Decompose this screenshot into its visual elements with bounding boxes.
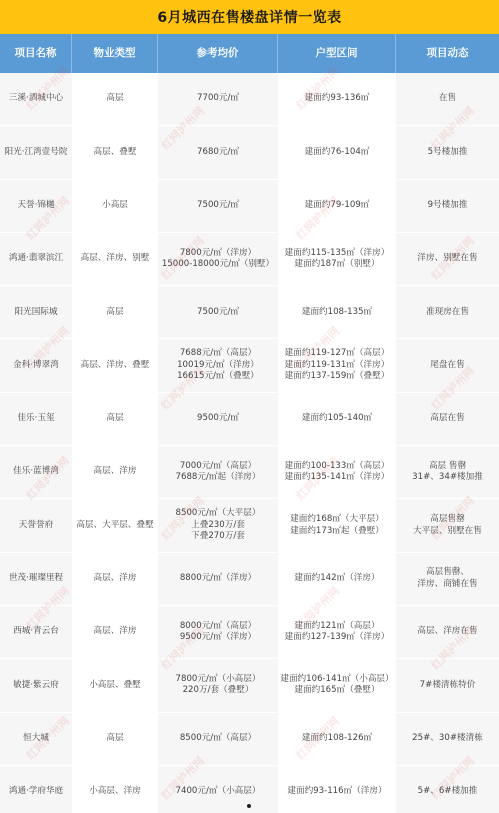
cell-reference-price-line: 8500元/㎡（高层） [180, 733, 256, 745]
table-row: 天誉誉府高层、大平层、叠墅8500元/㎡（大平层）上叠230万/套下叠270万/… [0, 499, 499, 552]
table-row: 佳乐·蓝博湾高层、洋房7000元/㎡（高层）7688元/㎡起（洋房）建面约100… [0, 446, 499, 499]
cell-property-type-line: 高层、洋房 [94, 573, 137, 585]
cell-project-status-line: 洋房、商铺在售 [417, 579, 477, 591]
table-row: 三溪·酒城中心高层7700元/㎡建面约93-136㎡在售 [0, 73, 499, 126]
cell-project-name: 阳光国际城 [0, 286, 72, 338]
cell-reference-price: 7688元/㎡（高层）10019元/㎡（洋房）16615元/㎡（叠墅） [158, 339, 278, 391]
table-body: 三溪·酒城中心高层7700元/㎡建面约93-136㎡在售阳光·江湾壹号院高层、叠… [0, 73, 499, 813]
table-row: 佳乐·玉玺高层9500元/㎡建面约105-140㎡高层在售 [0, 393, 499, 446]
cell-property-type: 高层、洋房 [72, 606, 158, 658]
table-row: 敏捷·紫云府小高层、叠墅7800元/㎡（小高层）220万/套（叠墅）建面约106… [0, 659, 499, 712]
cell-project-status: 高层售罄大平层、别墅在售 [396, 499, 499, 551]
cell-property-type-line: 高层、洋房、别墅 [81, 253, 150, 265]
cell-project-status: 5号楼加推 [396, 126, 499, 178]
cell-project-status-line: 高层、洋房在售 [417, 626, 477, 638]
cell-reference-price: 7000元/㎡（高层）7688元/㎡起（洋房） [158, 446, 278, 498]
cell-project-status-line: 5#、6#楼加推 [418, 786, 478, 798]
cell-project-status-line: 25#、30#楼清栋 [412, 733, 483, 745]
cell-property-type-line: 高层、叠墅 [94, 147, 137, 159]
cell-project-status-line: 9号楼加推 [428, 200, 468, 212]
cell-project-status: 25#、30#楼清栋 [396, 713, 499, 765]
table-row: 世茂·璀璨里程高层、洋房8800元/㎡（洋房）建面约142㎡（洋房）高层售罄、洋… [0, 553, 499, 606]
cell-reference-price-line: 7500元/㎡ [197, 200, 239, 212]
cell-project-name: 天誉誉府 [0, 499, 72, 551]
cell-project-status: 洋房、别墅在售 [396, 233, 499, 285]
cell-property-type: 高层 [72, 713, 158, 765]
cell-unit-area-line: 建面约93-116㎡（洋房） [287, 786, 386, 798]
cell-project-name: 天誉·锦樾 [0, 180, 72, 232]
cell-project-status: 高层售罄、洋房、商铺在售 [396, 553, 499, 605]
cell-reference-price-line: 上叠230万/套 [191, 520, 245, 532]
cell-reference-price-line: 8800元/㎡（洋房） [180, 573, 256, 585]
cell-unit-area-line: 建面约127-139㎡（洋房） [285, 632, 390, 644]
cell-reference-price-line: 15000-18000元/㎡（别墅） [162, 259, 274, 271]
cell-project-status-line: 高层售罄、 [426, 567, 469, 579]
cell-property-type: 高层、洋房 [72, 553, 158, 605]
cell-property-type-line: 高层 [106, 307, 123, 319]
cell-project-name: 鸿通·翡翠滨江 [0, 233, 72, 285]
cell-reference-price: 7700元/㎡ [158, 73, 278, 125]
cell-reference-price-line: 220万/套（叠墅） [183, 685, 254, 697]
cell-unit-area: 建面约115-135㎡（洋房）建面约187㎡（别墅） [278, 233, 396, 285]
cell-unit-area-line: 建面约187㎡（别墅） [294, 259, 379, 271]
header-project-name: 项目名称 [0, 34, 72, 73]
cell-project-name: 世茂·璀璨里程 [0, 553, 72, 605]
cell-unit-area: 建面约119-127㎡（高层）建面约119-131㎡（洋房）建面约137-159… [278, 339, 396, 391]
cell-reference-price-line: 8000元/㎡（高层） [180, 621, 256, 633]
cell-property-type-line: 小高层、洋房 [89, 786, 141, 798]
page-indicator-dot [247, 804, 251, 808]
cell-property-type: 高层 [72, 286, 158, 338]
cell-property-type: 高层、叠墅 [72, 126, 158, 178]
cell-unit-area: 建面约142㎡（洋房） [278, 553, 396, 605]
cell-unit-area-line: 建面约119-131㎡（洋房） [285, 360, 390, 372]
cell-unit-area-line: 建面约93-136㎡ [305, 93, 370, 105]
cell-reference-price-line: 7500元/㎡ [197, 307, 239, 319]
cell-project-name: 西城·青云台 [0, 606, 72, 658]
cell-reference-price-line: 10019元/㎡（洋房） [177, 360, 259, 372]
cell-reference-price-line: 16615元/㎡（叠墅） [177, 371, 259, 383]
cell-unit-area-line: 建面约115-135㎡（洋房） [285, 248, 390, 260]
cell-project-status: 高层、洋房在售 [396, 606, 499, 658]
cell-property-type: 小高层、叠墅 [72, 659, 158, 711]
cell-project-name: 敏捷·紫云府 [0, 659, 72, 711]
cell-unit-area: 建面约106-141㎡（小高层）建面约165㎡（叠墅） [278, 659, 396, 711]
cell-project-name: 佳乐·蓝博湾 [0, 446, 72, 498]
cell-project-name: 三溪·酒城中心 [0, 73, 72, 125]
table-row: 金科·博翠湾高层、洋房、叠墅7688元/㎡（高层）10019元/㎡（洋房）166… [0, 339, 499, 392]
cell-reference-price-line: 9500元/㎡（洋房） [180, 632, 256, 644]
cell-reference-price-line: 7800元/㎡（小高层） [176, 674, 261, 686]
cell-unit-area: 建面约105-140㎡ [278, 393, 396, 445]
cell-reference-price-line: 9500元/㎡ [197, 413, 239, 425]
cell-reference-price: 7400元/㎡（小高层） [158, 766, 278, 813]
cell-property-type: 高层 [72, 393, 158, 445]
cell-property-type: 高层 [72, 73, 158, 125]
cell-project-status: 准现房在售 [396, 286, 499, 338]
cell-property-type: 高层、洋房 [72, 446, 158, 498]
cell-reference-price-line: 8500元/㎡（大平层） [176, 508, 261, 520]
cell-reference-price-line: 7700元/㎡ [197, 93, 239, 105]
cell-unit-area: 建面约108-135㎡ [278, 286, 396, 338]
cell-project-status-line: 31#、34#楼加推 [412, 472, 483, 484]
cell-project-status: 尾盘在售 [396, 339, 499, 391]
cell-reference-price: 8000元/㎡（高层）9500元/㎡（洋房） [158, 606, 278, 658]
cell-unit-area-line: 建面约165㎡（叠墅） [294, 685, 379, 697]
cell-project-status-line: 5号楼加推 [428, 147, 468, 159]
cell-reference-price: 8800元/㎡（洋房） [158, 553, 278, 605]
cell-project-status-line: 大平层、别墅在售 [413, 526, 482, 538]
table-header-row: 项目名称 物业类型 参考均价 户型区间 项目动态 [0, 34, 499, 73]
cell-project-status-line: 高层售罄 [430, 514, 464, 526]
cell-unit-area: 建面约93-116㎡（洋房） [278, 766, 396, 813]
cell-reference-price: 8500元/㎡（大平层）上叠230万/套下叠270万/套 [158, 499, 278, 551]
cell-property-type-line: 小高层 [102, 200, 128, 212]
cell-project-status: 5#、6#楼加推 [396, 766, 499, 813]
header-project-status: 项目动态 [396, 34, 499, 73]
cell-unit-area: 建面约76-104㎡ [278, 126, 396, 178]
cell-reference-price: 7500元/㎡ [158, 180, 278, 232]
cell-reference-price-line: 7400元/㎡（小高层） [176, 786, 261, 798]
cell-project-status-line: 高层在售 [430, 413, 464, 425]
cell-unit-area-line: 建面约137-159㎡（叠墅） [285, 371, 390, 383]
cell-project-name: 阳光·江湾壹号院 [0, 126, 72, 178]
cell-reference-price-line: 7680元/㎡ [197, 147, 239, 159]
cell-unit-area: 建面约93-136㎡ [278, 73, 396, 125]
cell-property-type-line: 高层 [106, 733, 123, 745]
cell-unit-area-line: 建面约105-140㎡ [302, 413, 372, 425]
cell-unit-area-line: 建面约79-109㎡ [305, 200, 370, 212]
cell-project-status: 7#楼清栋特价 [396, 659, 499, 711]
cell-property-type: 高层、大平层、叠墅 [72, 499, 158, 551]
cell-project-status: 在售 [396, 73, 499, 125]
table-row: 恒大城高层8500元/㎡（高层）建面约108-126㎡25#、30#楼清栋 [0, 713, 499, 766]
table-row: 鸿通·翡翠滨江高层、洋房、别墅7800元/㎡（洋房）15000-18000元/㎡… [0, 233, 499, 286]
table-row: 天誉·锦樾小高层7500元/㎡建面约79-109㎡9号楼加推 [0, 180, 499, 233]
cell-unit-area-line: 建面约168㎡（大平层） [290, 514, 384, 526]
cell-unit-area: 建面约108-126㎡ [278, 713, 396, 765]
cell-project-name: 恒大城 [0, 713, 72, 765]
cell-project-status-line: 尾盘在售 [430, 360, 464, 372]
cell-reference-price-line: 7000元/㎡（高层） [180, 461, 256, 473]
cell-reference-price: 9500元/㎡ [158, 393, 278, 445]
cell-reference-price-line: 7688元/㎡起（洋房） [176, 472, 261, 484]
cell-property-type: 高层、洋房、叠墅 [72, 339, 158, 391]
cell-reference-price: 7800元/㎡（洋房）15000-18000元/㎡（别墅） [158, 233, 278, 285]
cell-unit-area-line: 建面约142㎡（洋房） [294, 573, 379, 585]
cell-project-name: 佳乐·玉玺 [0, 393, 72, 445]
cell-reference-price-line: 7688元/㎡（高层） [180, 348, 256, 360]
cell-unit-area: 建面约100-133㎡（高层）建面约135-141㎡（洋房） [278, 446, 396, 498]
cell-reference-price: 7500元/㎡ [158, 286, 278, 338]
cell-project-status-line: 在售 [439, 93, 456, 105]
cell-project-status-line: 准现房在售 [426, 307, 469, 319]
cell-project-status: 9号楼加推 [396, 180, 499, 232]
cell-property-type-line: 高层、洋房 [94, 466, 137, 478]
cell-property-type-line: 高层、大平层、叠墅 [76, 520, 153, 532]
header-unit-area: 户型区间 [278, 34, 396, 73]
cell-project-name: 金科·博翠湾 [0, 339, 72, 391]
cell-property-type: 小高层、洋房 [72, 766, 158, 813]
header-property-type: 物业类型 [72, 34, 158, 73]
cell-reference-price: 7680元/㎡ [158, 126, 278, 178]
cell-property-type: 小高层 [72, 180, 158, 232]
table-row: 西城·青云台高层、洋房8000元/㎡（高层）9500元/㎡（洋房）建面约121㎡… [0, 606, 499, 659]
cell-unit-area-line: 建面约76-104㎡ [305, 147, 370, 159]
cell-unit-area-line: 建面约106-141㎡（小高层） [280, 674, 393, 686]
cell-property-type-line: 高层、洋房、叠墅 [81, 360, 150, 372]
cell-reference-price-line: 下叠270万/套 [191, 531, 245, 543]
cell-project-status: 高层在售 [396, 393, 499, 445]
cell-unit-area-line: 建面约135-141㎡（洋房） [285, 472, 390, 484]
table-title: 6月城西在售楼盘详情一览表 [0, 0, 499, 34]
cell-unit-area-line: 建面约119-127㎡（高层） [285, 348, 390, 360]
cell-property-type-line: 高层 [106, 413, 123, 425]
cell-project-status-line: 7#楼清栋特价 [420, 680, 476, 692]
cell-unit-area-line: 建面约108-135㎡ [302, 307, 372, 319]
cell-reference-price: 8500元/㎡（高层） [158, 713, 278, 765]
cell-unit-area-line: 建面约121㎡（高层） [294, 621, 379, 633]
listing-table: 项目名称 物业类型 参考均价 户型区间 项目动态 三溪·酒城中心高层7700元/… [0, 34, 499, 813]
cell-project-status-line: 洋房、别墅在售 [417, 253, 477, 265]
cell-property-type-line: 高层、洋房 [94, 626, 137, 638]
cell-property-type: 高层、洋房、别墅 [72, 233, 158, 285]
cell-unit-area: 建面约168㎡（大平层）建面约173㎡起（叠墅） [278, 499, 396, 551]
cell-reference-price: 7800元/㎡（小高层）220万/套（叠墅） [158, 659, 278, 711]
cell-unit-area: 建面约79-109㎡ [278, 180, 396, 232]
cell-property-type-line: 高层 [106, 93, 123, 105]
cell-unit-area-line: 建面约108-126㎡ [302, 733, 372, 745]
cell-project-name: 鸿通·学府华庭 [0, 766, 72, 813]
cell-property-type-line: 小高层、叠墅 [89, 680, 141, 692]
cell-unit-area-line: 建面约173㎡起（叠墅） [290, 526, 384, 538]
header-reference-price: 参考均价 [158, 34, 278, 73]
cell-project-status: 高层 售罄31#、34#楼加推 [396, 446, 499, 498]
cell-reference-price-line: 7800元/㎡（洋房） [180, 248, 256, 260]
table-row: 阳光国际城高层7500元/㎡建面约108-135㎡准现房在售 [0, 286, 499, 339]
table-row: 阳光·江湾壹号院高层、叠墅7680元/㎡建面约76-104㎡5号楼加推 [0, 126, 499, 179]
cell-project-status-line: 高层 售罄 [429, 461, 466, 473]
cell-unit-area-line: 建面约100-133㎡（高层） [285, 461, 390, 473]
cell-unit-area: 建面约121㎡（高层）建面约127-139㎡（洋房） [278, 606, 396, 658]
